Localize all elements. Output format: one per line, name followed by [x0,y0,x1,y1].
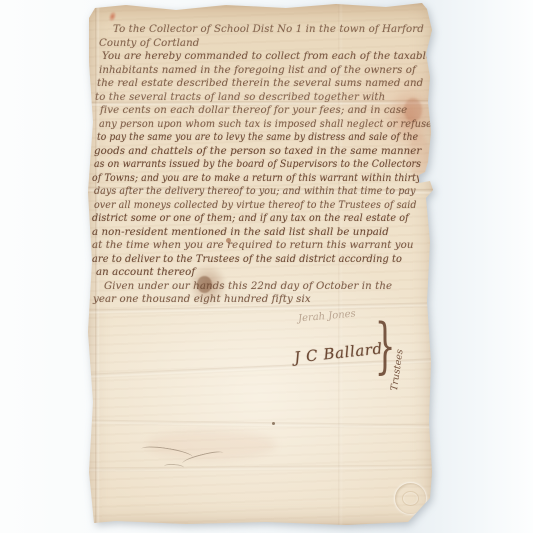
manuscript-line: an account thereof [96,267,195,278]
screenshot-root: { "colors": { "ink": "#6b4732", "paper":… [0,0,533,533]
manuscript-line: You are hereby commanded to collect from… [102,51,432,62]
manuscript-paper: To the Collector of School Dist No 1 in … [86,2,434,526]
manuscript-line: To the Collector of School Dist No 1 in … [113,24,424,35]
manuscript-line: inhabitants named in the foregoing list … [99,65,416,76]
manuscript-line: Given under our hands this 22nd day of O… [104,281,392,292]
manuscript-line: days after the delivery thereof to you; … [94,186,416,197]
manuscript-line: a non-resident mentioned in the said lis… [92,227,389,238]
manuscript-line: year one thousand eight hundred fifty si… [93,294,311,305]
manuscript-line: as on warrants issued by the board of Su… [94,159,421,170]
manuscript-line: goods and chattels of the person so taxe… [94,146,421,157]
manuscript-line: to the several tracts of land so describ… [95,92,385,103]
manuscript-line: the real estate described therein the se… [97,78,423,89]
manuscript-paper-wrap: To the Collector of School Dist No 1 in … [86,2,434,526]
document-photo-background: To the Collector of School Dist No 1 in … [0,0,533,533]
manuscript-line: five cents on each dollar thereof for yo… [100,105,407,116]
manuscript-line: to pay the same you are to levy the same… [97,132,418,143]
manuscript-line: at the time when you are required to ret… [92,240,414,251]
manuscript-line: over all moneys collected by virtue ther… [94,200,417,211]
embossed-seal-inner [402,491,419,506]
manuscript-line: any person upon whom such tax is imposed… [99,119,432,130]
embossed-seal [394,482,427,515]
manuscript-line: district some or one of them; and if any… [92,213,409,224]
manuscript-line: of Towns; and you are to make a return o… [92,173,421,184]
manuscript-line: are to deliver to the Trustees of the sa… [92,254,402,265]
ink-blot [88,120,92,124]
manuscript-body-text: To the Collector of School Dist No 1 in … [86,2,434,526]
manuscript-line: County of Cortland [99,38,199,49]
